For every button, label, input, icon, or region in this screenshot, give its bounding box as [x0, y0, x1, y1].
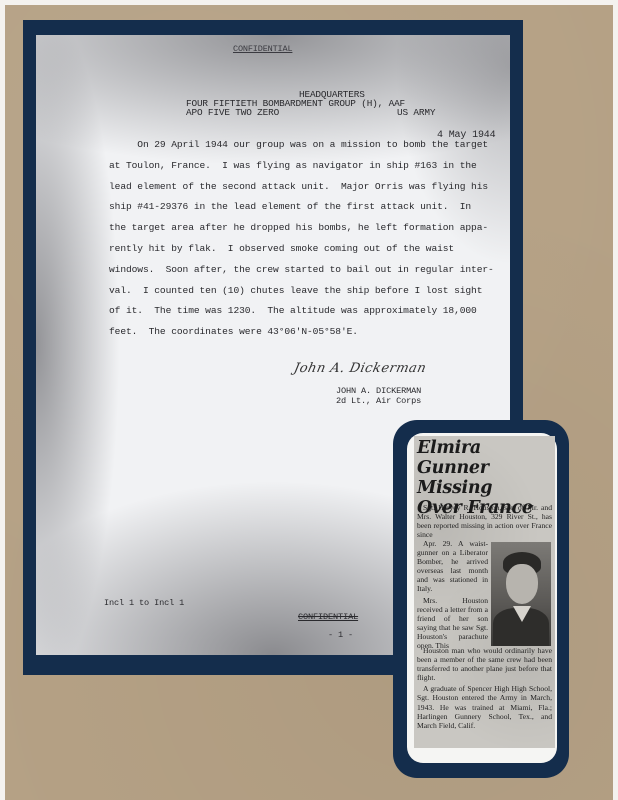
- body-line: lead element of the second attack unit. …: [109, 177, 479, 198]
- headline-line: Elmira Gunner: [417, 438, 555, 478]
- headline-line: Missing: [417, 478, 555, 498]
- side-paragraph: Mrs. Houston received a letter from a fr…: [417, 596, 488, 651]
- portrait-photo: [491, 542, 551, 646]
- side-paragraph: Apr. 29. A waist-gunner on a Liberator B…: [417, 539, 488, 594]
- letter-body: On 29 April 1944 our group was on a miss…: [109, 135, 479, 343]
- bottom-paragraph: A graduate of Spencer High High School, …: [417, 684, 552, 729]
- bottom-paragraph: Houston man who would ordinarily have be…: [417, 646, 552, 682]
- header-apo: APO FIVE TWO ZERO: [186, 108, 279, 117]
- classification-bottom: CONFIDENTIAL: [298, 613, 358, 622]
- signature-name: JOHN A. DICKERMAN: [336, 387, 421, 396]
- signature-rank: 2d Lt., Air Corps: [336, 397, 421, 406]
- newspaper-clipping: Elmira Gunner Missing Over France Sgt. H…: [414, 436, 555, 748]
- clipping-side-column: Apr. 29. A waist-gunner on a Liberator B…: [417, 539, 488, 652]
- body-line: the target area after he dropped his bom…: [109, 218, 479, 239]
- handwritten-signature: John A. Dickerman: [292, 361, 427, 376]
- body-line: feet. The coordinates were 43°06'N-05°58…: [109, 322, 479, 343]
- body-line: windows. Soon after, the crew started to…: [109, 260, 479, 281]
- clipping-bottom: Houston man who would ordinarily have be…: [417, 646, 552, 732]
- body-line: val. I counted ten (10) chutes leave the…: [109, 281, 479, 302]
- body-line: rently hit by flak. I observed smoke com…: [109, 239, 479, 260]
- body-line: On 29 April 1944 our group was on a miss…: [109, 135, 479, 156]
- header-army: US ARMY: [397, 108, 435, 117]
- clipping-intro: Sgt. Harvey R. Houston, son of Mr. and M…: [417, 503, 552, 541]
- body-line: of it. The time was 1230. The altitude w…: [109, 301, 479, 322]
- body-line: at Toulon, France. I was flying as navig…: [109, 156, 479, 177]
- body-line: ship #41-29376 in the lead element of th…: [109, 197, 479, 218]
- enclosure-note: Incl 1 to Incl 1: [104, 599, 184, 608]
- classification-top: CONFIDENTIAL: [233, 45, 292, 54]
- intro-paragraph: Sgt. Harvey R. Houston, son of Mr. and M…: [417, 503, 552, 539]
- page-number: - 1 -: [328, 631, 353, 640]
